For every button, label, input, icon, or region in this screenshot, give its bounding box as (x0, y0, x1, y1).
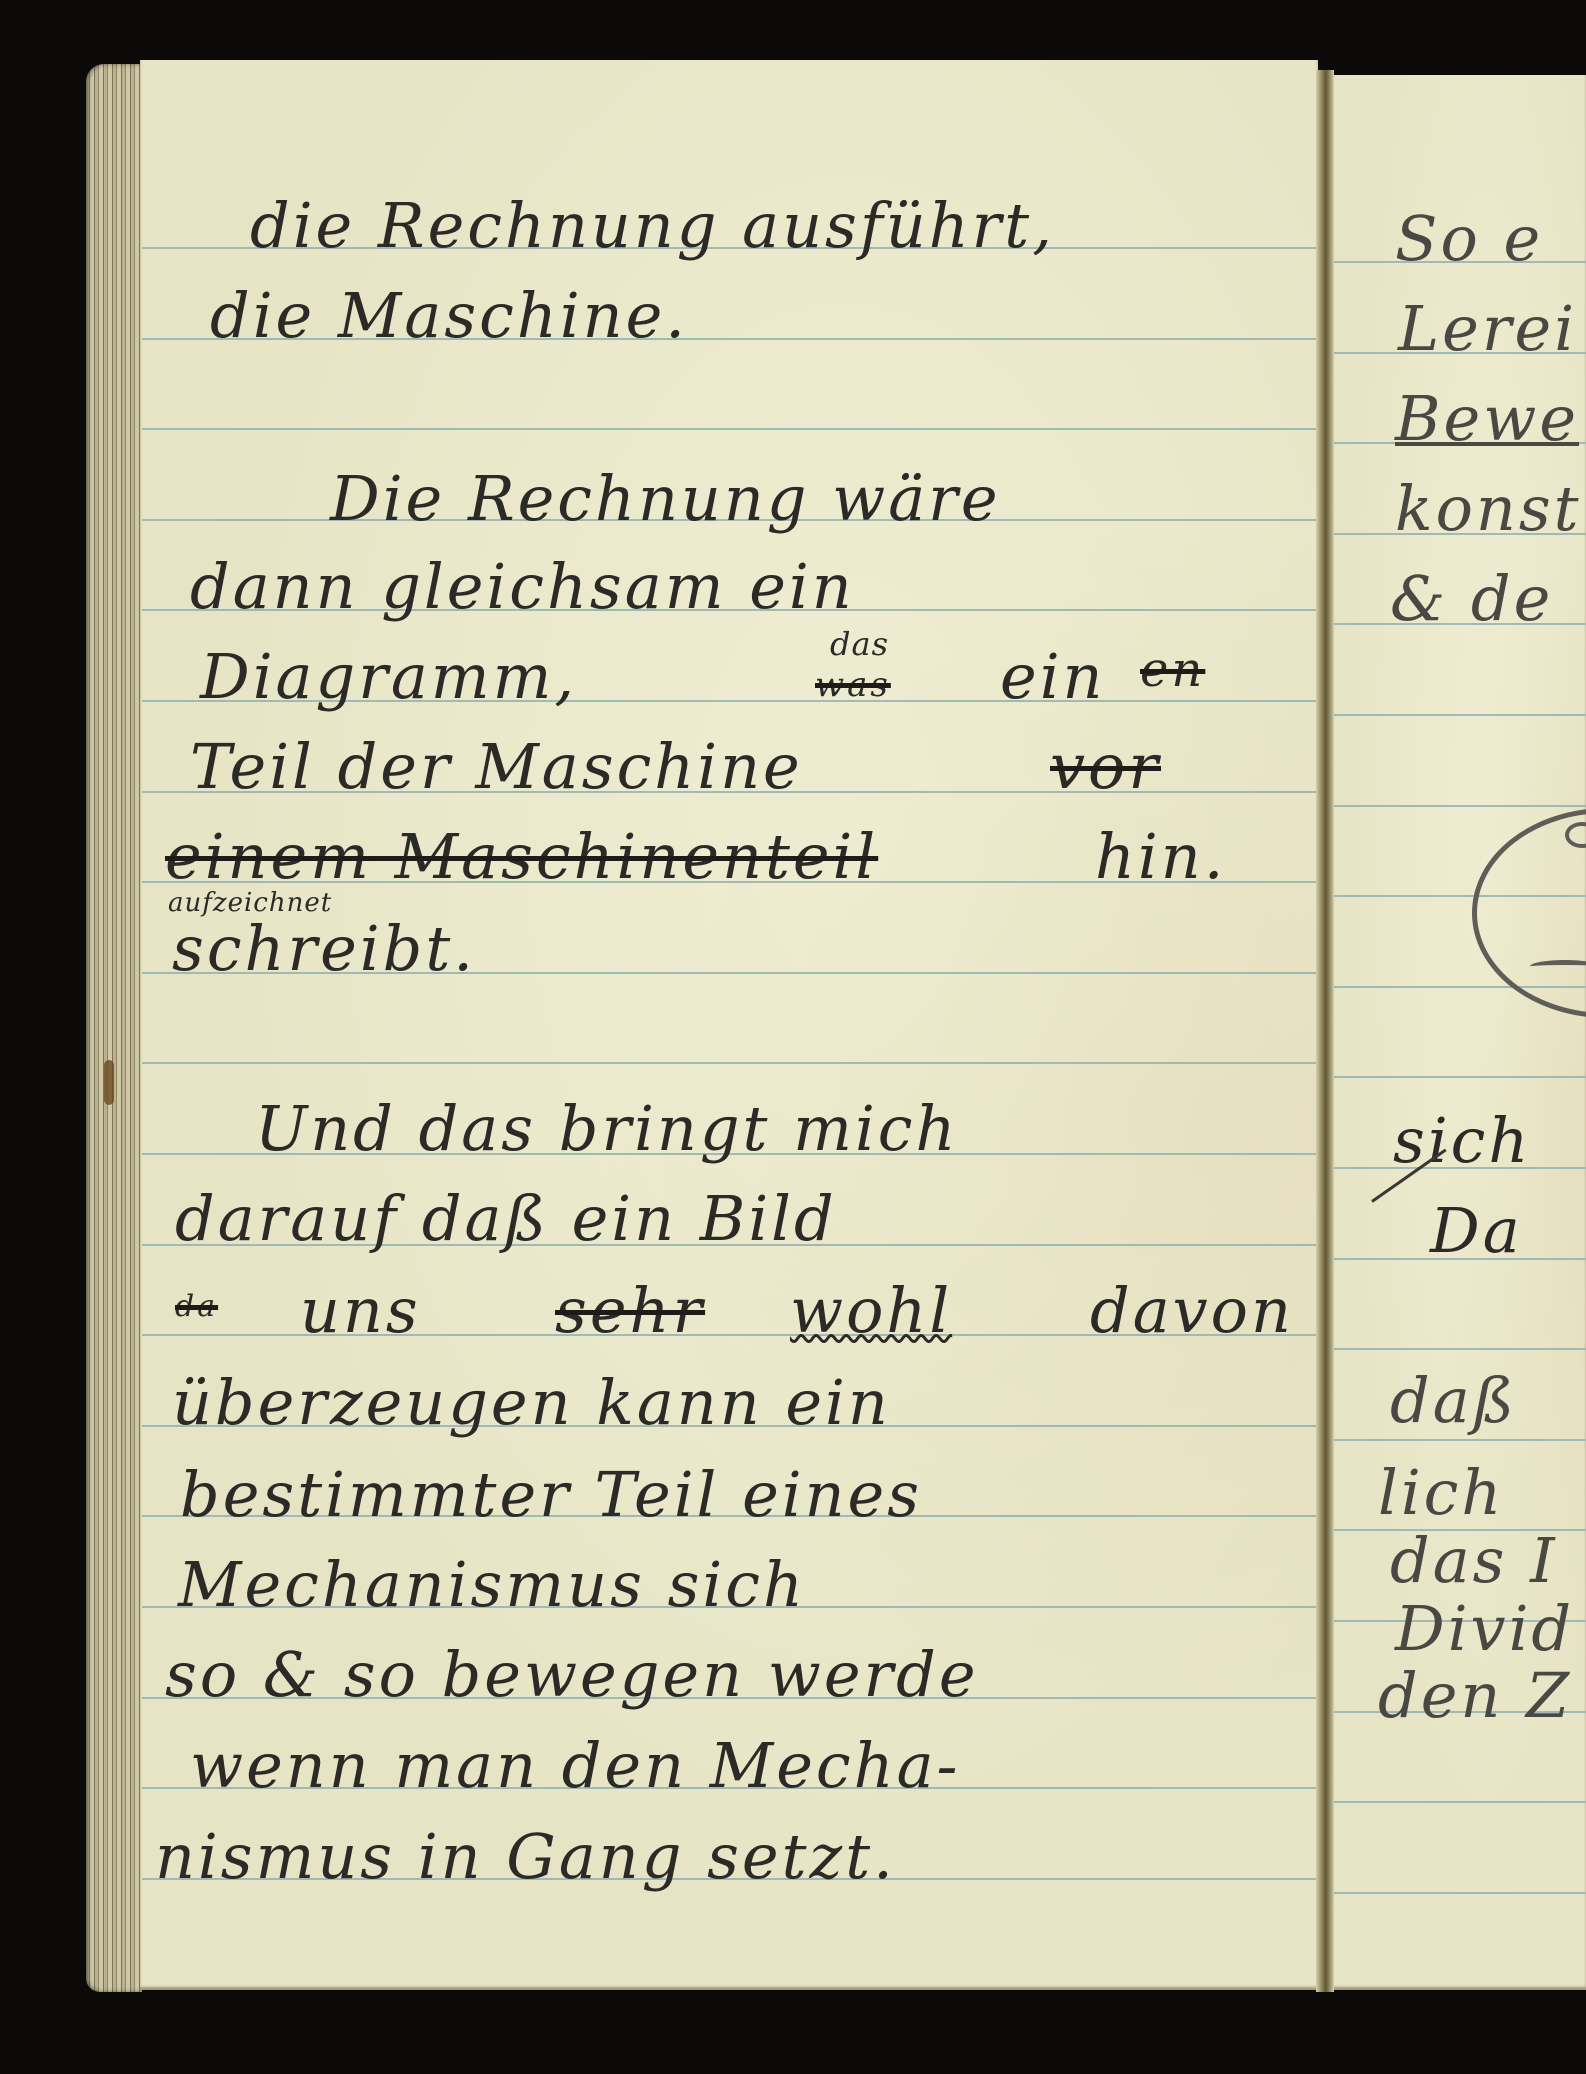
handwritten-fragment: & de (1390, 568, 1553, 630)
handwritten-fragment: Divid (1395, 1598, 1574, 1660)
handwritten-line: Und das bringt mich (255, 1098, 958, 1160)
struck-word: da (175, 1292, 218, 1322)
ruled-line (1334, 714, 1586, 716)
book-gutter (1316, 70, 1334, 1992)
struck-word: was (815, 668, 891, 702)
handwritten-line: überzeugen kann ein (172, 1372, 891, 1434)
handwritten-fragment: sich (1393, 1110, 1531, 1172)
handwritten-line: wenn man den Mecha- (190, 1735, 960, 1797)
ruled-line (142, 1062, 1316, 1064)
struck-phrase: einem Maschinenteil (165, 826, 878, 888)
handwritten-fragment: Lerei (1398, 298, 1577, 360)
handwritten-fragment: Bewe (1395, 388, 1579, 450)
handwritten-line: Mechanismus sich (178, 1554, 806, 1616)
handwritten-fragment: lich (1378, 1462, 1504, 1524)
emphasized-word: wohl (790, 1280, 952, 1342)
handwritten-line: Die Rechnung wäre (330, 468, 1001, 530)
handwritten-line: die Rechnung ausführt, (250, 195, 1055, 257)
handwritten-line: die Maschine. (210, 285, 688, 347)
handwritten-fragment: Da (1430, 1200, 1523, 1262)
ruled-line (1334, 1076, 1586, 1078)
handwritten-fragment: den Z (1378, 1665, 1572, 1727)
page-edges (86, 64, 142, 1992)
handwritten-fragment: So e (1395, 208, 1543, 270)
inserted-word: das (830, 628, 889, 660)
handwritten-line: bestimmter Teil eines (180, 1464, 922, 1526)
ruled-line (1334, 1348, 1586, 1350)
handwritten-fragment: das I (1390, 1530, 1558, 1592)
handwritten-line: dann gleichsam ein (190, 556, 855, 618)
struck-word: sehr (555, 1280, 705, 1342)
ruled-line (1334, 1801, 1586, 1803)
ruled-line (142, 428, 1316, 430)
ruled-line (1334, 1892, 1586, 1894)
handwritten-word: uns (300, 1280, 421, 1342)
page-edge-stain (104, 1060, 114, 1105)
ruled-line (1334, 805, 1586, 807)
handwritten-word: ein (1000, 646, 1105, 708)
handwritten-line: Teil der Maschine (190, 736, 803, 798)
handwritten-fragment: daß (1390, 1370, 1517, 1432)
handwritten-fragment: konst (1395, 478, 1582, 540)
handwritten-word: hin. (1095, 826, 1226, 888)
ruled-line (1334, 1439, 1586, 1441)
overwritten-letters: en (1140, 646, 1205, 694)
handwritten-line: nismus in Gang setzt. (155, 1826, 896, 1888)
handwritten-line: Diagramm, (200, 646, 577, 708)
struck-word: vor (1050, 736, 1161, 798)
handwritten-line: schreibt. (172, 918, 476, 980)
handwritten-line: so & so bewegen werde (165, 1644, 979, 1706)
handwritten-line: darauf daß ein Bild (175, 1188, 837, 1250)
handwritten-word: davon (1090, 1280, 1294, 1342)
